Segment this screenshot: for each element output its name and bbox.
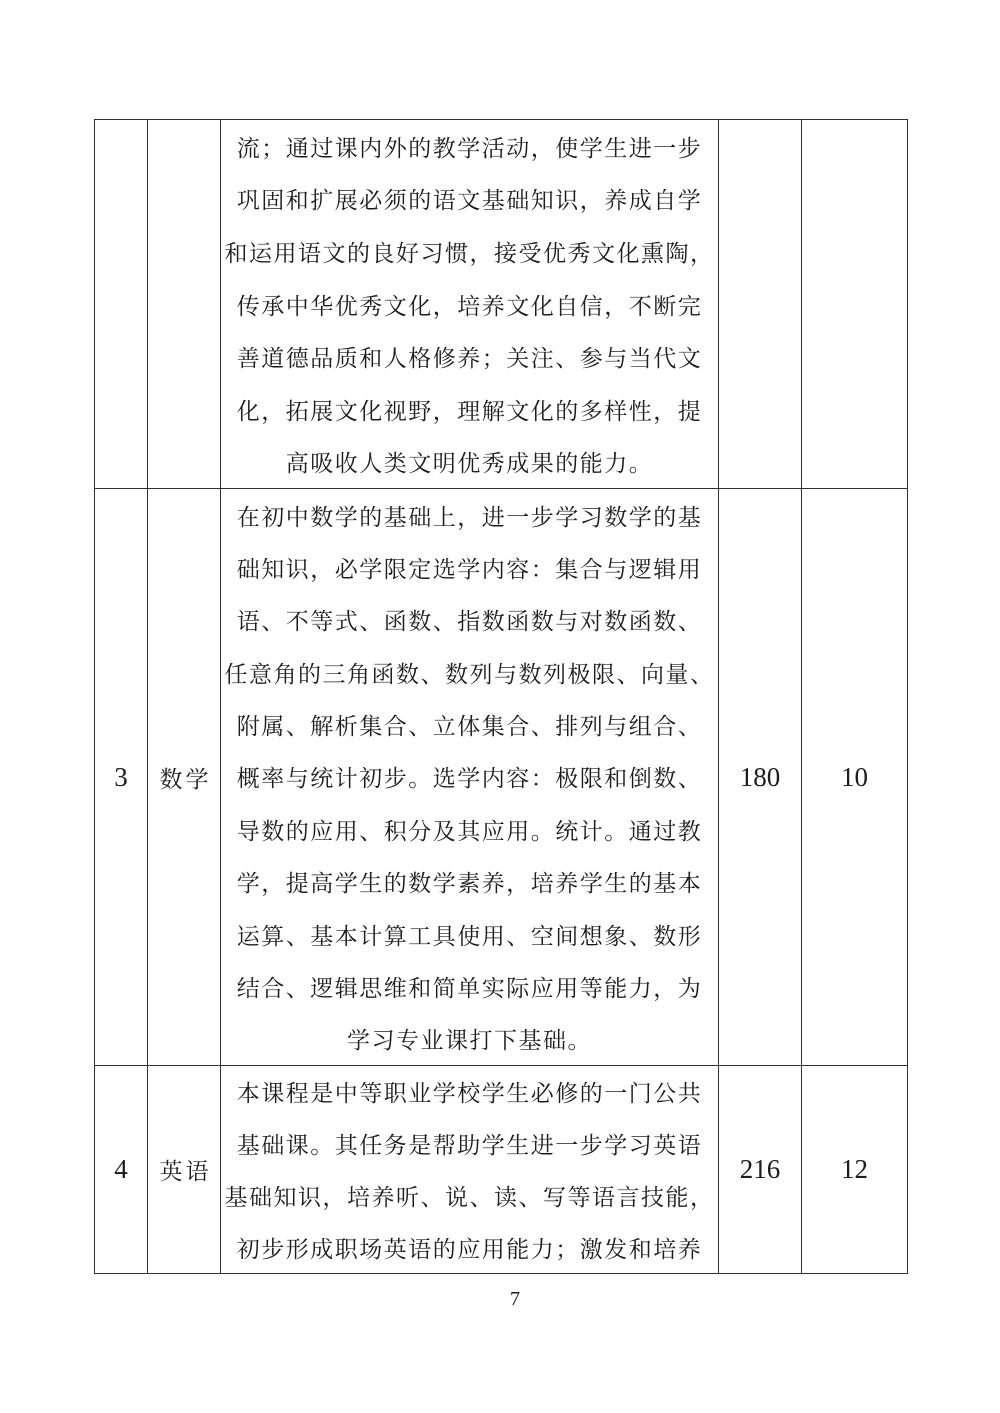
description-line: 附属、解析集合、立体集合、排列与组合、 bbox=[221, 698, 718, 750]
description-line: 传承中华优秀文化，培养文化自信，不断完 bbox=[221, 278, 718, 331]
description-line: 任意角的三角函数、数列与数列极限、向量、 bbox=[221, 646, 718, 698]
page-number: 7 bbox=[0, 1288, 1000, 1311]
row-number-cell: 3 bbox=[95, 489, 148, 1065]
subject-cell bbox=[148, 120, 221, 488]
description-line: 学习专业课打下基础。 bbox=[221, 1013, 718, 1065]
description-line: 本课程是中等职业学校学生必修的一门公共 bbox=[221, 1066, 718, 1118]
course-table: 流；通过课内外的教学活动，使学生进一步巩固和扩展必须的语文基础知识，养成自学和运… bbox=[94, 119, 908, 1274]
subject-cell: 数学 bbox=[148, 489, 221, 1065]
description-line: 导数的应用、积分及其应用。统计。通过教 bbox=[221, 803, 718, 855]
description-line: 概率与统计初步。选学内容：极限和倒数、 bbox=[221, 751, 718, 803]
description-line: 化，拓展文化视野，理解文化的多样性，提 bbox=[221, 383, 718, 436]
description-line: 善道德品质和人格修养；关注、参与当代文 bbox=[221, 330, 718, 383]
description-cell: 流；通过课内外的教学活动，使学生进一步巩固和扩展必须的语文基础知识，养成自学和运… bbox=[221, 120, 719, 488]
description-line: 高吸收人类文明优秀成果的能力。 bbox=[221, 435, 718, 488]
table-row: 4 英语 本课程是中等职业学校学生必修的一门公共基础课。其任务是帮助学生进一步学… bbox=[95, 1066, 907, 1273]
credits-cell bbox=[802, 120, 907, 488]
description-line: 学，提高学生的数学素养，培养学生的基本 bbox=[221, 856, 718, 908]
row-number-cell: 4 bbox=[95, 1066, 148, 1273]
table-row: 3 数学 在初中数学的基础上，进一步学习数学的基础知识，必学限定选学内容：集合与… bbox=[95, 489, 907, 1066]
document-page: 流；通过课内外的教学活动，使学生进一步巩固和扩展必须的语文基础知识，养成自学和运… bbox=[0, 0, 1000, 1413]
description-line: 运算、基本计算工具使用、空间想象、数形 bbox=[221, 908, 718, 960]
credits-cell: 12 bbox=[802, 1066, 907, 1273]
description-line: 和运用语文的良好习惯，接受优秀文化熏陶， bbox=[221, 225, 718, 278]
hours-cell: 180 bbox=[719, 489, 802, 1065]
description-line: 在初中数学的基础上，进一步学习数学的基 bbox=[221, 489, 718, 541]
description-line: 流；通过课内外的教学活动，使学生进一步 bbox=[221, 120, 718, 173]
hours-cell: 216 bbox=[719, 1066, 802, 1273]
credits-cell: 10 bbox=[802, 489, 907, 1065]
description-line: 初步形成职场英语的应用能力；激发和培养 bbox=[221, 1221, 718, 1273]
hours-cell bbox=[719, 120, 802, 488]
description-line: 巩固和扩展必须的语文基础知识，养成自学 bbox=[221, 173, 718, 226]
table-row: 流；通过课内外的教学活动，使学生进一步巩固和扩展必须的语文基础知识，养成自学和运… bbox=[95, 120, 907, 489]
row-number-cell bbox=[95, 120, 148, 488]
description-line: 基础知识，培养听、说、读、写等语言技能， bbox=[221, 1170, 718, 1222]
description-line: 语、不等式、函数、指数函数与对数函数、 bbox=[221, 594, 718, 646]
description-cell: 在初中数学的基础上，进一步学习数学的基础知识，必学限定选学内容：集合与逻辑用语、… bbox=[221, 489, 719, 1065]
subject-cell: 英语 bbox=[148, 1066, 221, 1273]
description-line: 结合、逻辑思维和简单实际应用等能力，为 bbox=[221, 960, 718, 1012]
description-line: 基础课。其任务是帮助学生进一步学习英语 bbox=[221, 1118, 718, 1170]
description-line: 础知识，必学限定选学内容：集合与逻辑用 bbox=[221, 541, 718, 593]
description-cell: 本课程是中等职业学校学生必修的一门公共基础课。其任务是帮助学生进一步学习英语基础… bbox=[221, 1066, 719, 1273]
